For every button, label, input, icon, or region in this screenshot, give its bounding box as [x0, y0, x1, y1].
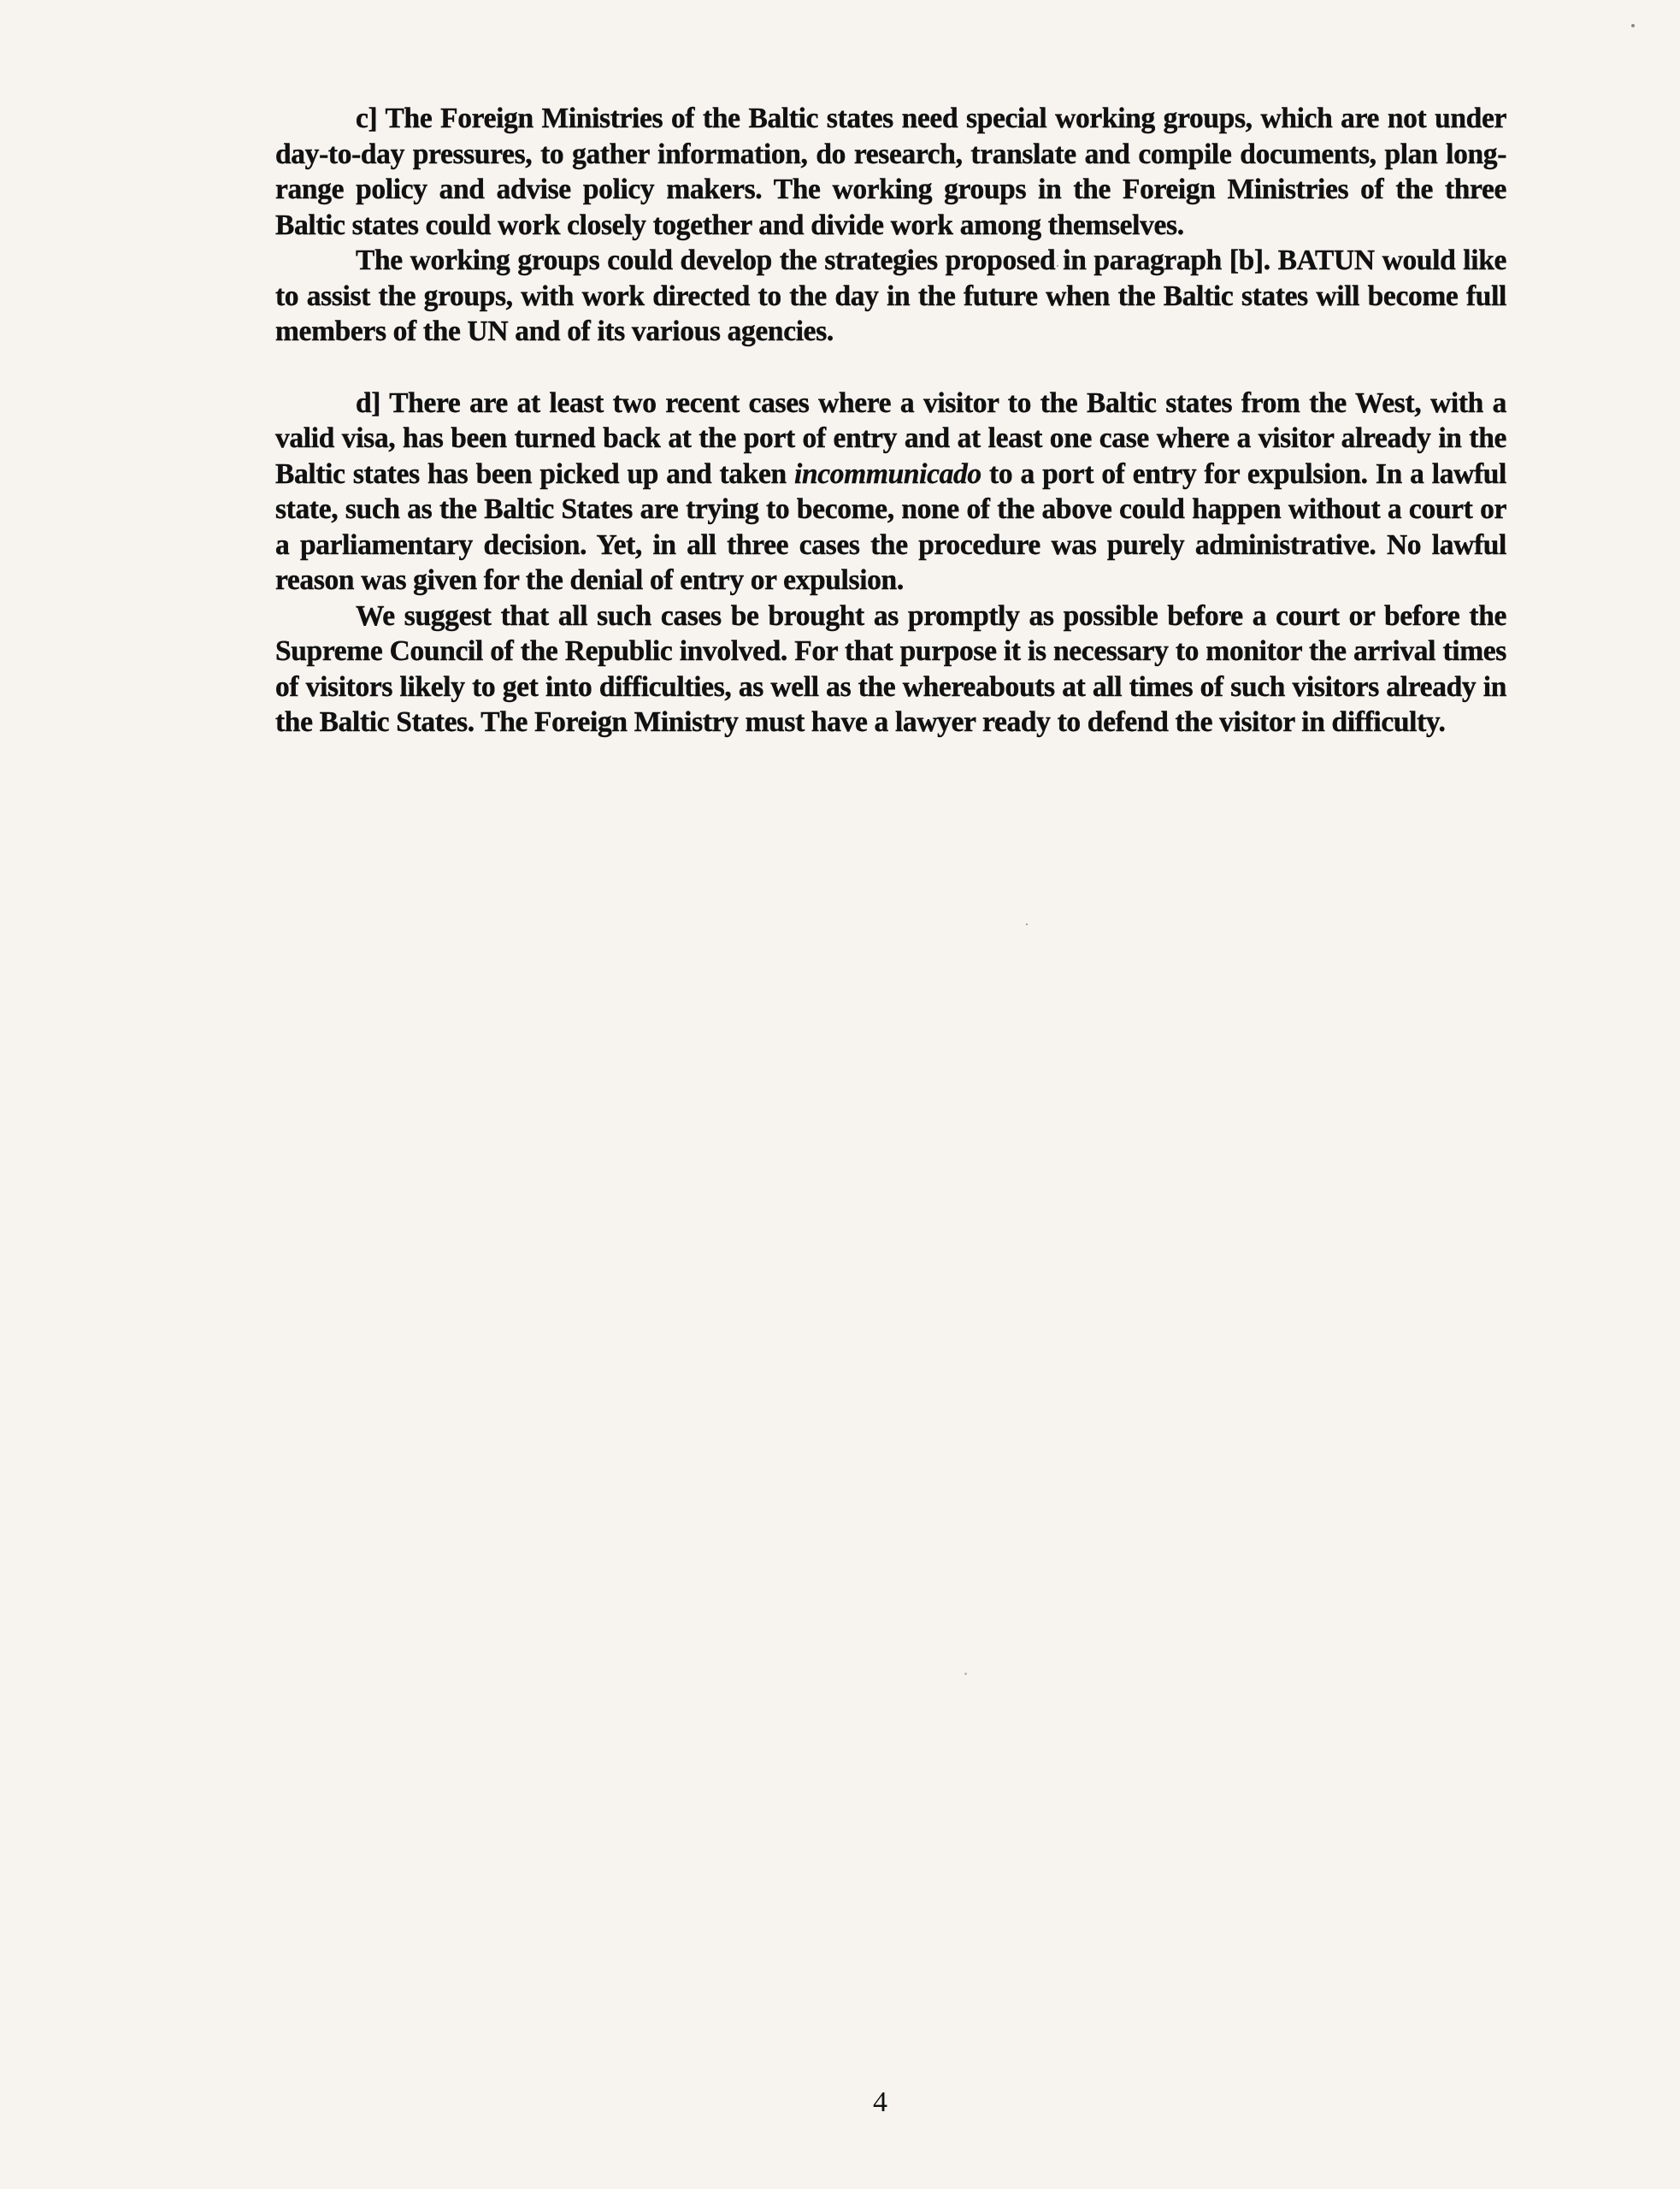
paragraph-d: d] There are at least two recent cases w…	[275, 386, 1506, 599]
paragraph-text: The working groups could develop the str…	[275, 245, 1506, 347]
paragraph-label-d: d]	[356, 387, 380, 419]
paragraph-d-continued: We suggest that all such cases be brough…	[275, 599, 1506, 740]
paragraph-c-continued: The working groups could develop the str…	[275, 243, 1506, 350]
paper-speck	[964, 1673, 967, 1675]
paragraph-text: The Foreign Ministries of the Baltic sta…	[275, 103, 1506, 241]
paragraph-label-c: c]	[356, 103, 377, 134]
paper-speck	[1026, 923, 1028, 925]
paragraph-text: We suggest that all such cases be brough…	[275, 600, 1506, 739]
document-body: c] The Foreign Ministries of the Baltic …	[275, 101, 1506, 740]
page-number: 4	[40, 2086, 1680, 2119]
paper-speck	[1631, 24, 1635, 27]
paper-speck	[1057, 265, 1058, 267]
paragraph-c: c] The Foreign Ministries of the Baltic …	[275, 101, 1506, 243]
italic-term: incommunicado	[794, 458, 981, 490]
